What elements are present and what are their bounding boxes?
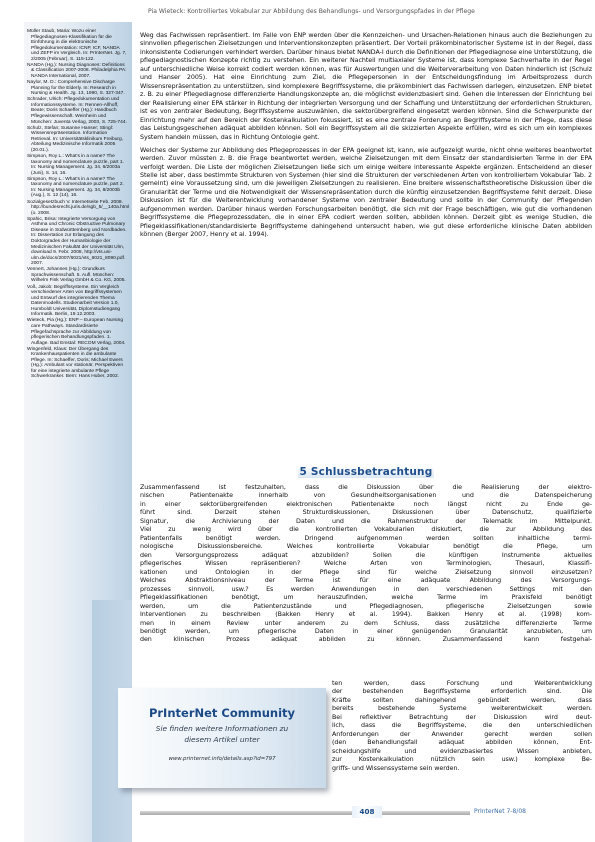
- running-head-text: Pia Wieteck: Kontrolliertes Vokabular zu…: [148, 8, 475, 15]
- main-body-text: Weg das Fachwissen repräsentiert. Im Fal…: [140, 32, 592, 244]
- reference-item: Vennert, Johannes (Hg.): Grundkurs Sprac…: [27, 267, 127, 284]
- community-url-link[interactable]: www.printernet.info/details.asp?id=797: [118, 756, 326, 762]
- conclusion-line: bereits bestehende Systeme weiterentwick…: [332, 705, 592, 713]
- page-number: 408: [352, 806, 382, 818]
- conclusion-line: Kräfte sollten dahingehend gebündelt wer…: [332, 697, 592, 705]
- conclusion-line: nologische Diskussionsbereiche. Welches …: [140, 543, 592, 551]
- conclusion-text-narrow: ten werden, dass Forschung und Weiterent…: [332, 680, 592, 773]
- conclusion-text: Zusammenfassend ist festzuhalten, dass d…: [140, 484, 592, 645]
- conclusion-line: Zusammenfassend ist festzuhalten, dass d…: [140, 484, 592, 492]
- reference-item: Voß, Jakob: Begriffssysteme. Ein Verglei…: [27, 285, 127, 318]
- reference-item: Schulz, Stefan; Susanne Hanser; Stingl: …: [27, 126, 127, 154]
- reference-list: Müller Staub, Maria: Wozu einer Pflegedi…: [27, 29, 127, 381]
- community-text-line-1: Sie finden weitere Informationen zu: [118, 724, 326, 735]
- conclusion-line: ten werden, dass Forschung und Weiterent…: [332, 680, 592, 688]
- reference-item: Wingenfeld, Klaus: Der Übergang des Kran…: [27, 347, 127, 380]
- reference-item: Naylor, M. D.: Comprehensive Discharge P…: [27, 80, 127, 97]
- community-text-line-2: diesem Artikel unter: [118, 735, 326, 746]
- community-info-box: PrInterNet Community Sie finden weitere …: [118, 688, 326, 788]
- conclusion-line: griffs- und Wissenssysteme sein werden.: [332, 765, 592, 773]
- reference-item: Spahic, Brisa: Integrierte Versorgung vo…: [27, 217, 127, 267]
- conclusion-line: pflegerisches Wissen repräsentieren? Wel…: [140, 560, 592, 568]
- conclusion-line: Welches Abstraktionsniveau der Terme ist…: [140, 577, 592, 585]
- reference-item: Wieteck, Pia (Hg.): ENP – European Nursi…: [27, 318, 127, 346]
- conclusion-line: werden, um die Patientenzustände und Pfl…: [140, 603, 592, 611]
- reference-item: NANDA (Hg.): Nursing Diagnoses: Definiti…: [27, 63, 127, 80]
- conclusion-line: führt sind. Derzeit stehen Strukturdisku…: [140, 509, 592, 517]
- conclusion-line: scheidungshilfe und evidenzbasiertes Wis…: [332, 748, 592, 756]
- conclusion-line: den Versorgungsprozess adäquat abzubilde…: [140, 552, 592, 560]
- community-title: PrInterNet Community: [118, 706, 326, 720]
- conclusion-line: der bestehenden Begriffsysteme erforderl…: [332, 688, 592, 696]
- conclusion-line: Bei reflektiver Betrachtung der Diskussi…: [332, 714, 592, 722]
- community-text: Sie finden weitere Informationen zu dies…: [118, 724, 326, 745]
- conclusion-line: Patientenfalls benötigt werden. Dringend…: [140, 535, 592, 543]
- conclusion-line: Anforderungen der Anwender gerecht werde…: [332, 731, 592, 739]
- conclusion-line: lich, dass die Begriffsysteme, die den u…: [332, 722, 592, 730]
- reference-item: Simpson, Roy L.: What's in a name? The t…: [27, 154, 127, 176]
- conclusion-line: Signatur, die Archivierung der Daten und…: [140, 518, 592, 526]
- conclusion-line: den klinischen Prozess adäquat abbilden …: [140, 636, 592, 644]
- conclusion-line: kationen und Ontologien in der Pflege si…: [140, 569, 592, 577]
- conclusion-line: Viel zu wenig wird über die kontrolliert…: [140, 526, 592, 534]
- body-paragraph-1: Weg das Fachwissen repräsentiert. Im Fal…: [140, 32, 592, 142]
- reference-item: Schrader, Ulrich: Pflegedokumentation un…: [27, 97, 127, 125]
- journal-name: PrInterNet 7-8/08: [470, 806, 595, 818]
- conclusion-line: in einer sektorübergreifenden elektronis…: [140, 501, 592, 509]
- conclusion-line: nischen Patientenakte innerhalb von Gesu…: [140, 492, 592, 500]
- reference-item: Müller Staub, Maria: Wozu einer Pflegedi…: [27, 29, 127, 62]
- running-head: Pia Wieteck: Kontrolliertes Vokabular zu…: [0, 8, 595, 18]
- conclusion-line: men in einem Review unter anderem zu dem…: [140, 620, 592, 628]
- conclusion-line: (den Behandlungsfall adäquat abbilden kö…: [332, 739, 592, 747]
- conclusion-line: Pflegeklassifikationen benötigt, um hera…: [140, 594, 592, 602]
- body-paragraph-2: Welches der Systeme zur Abbildung des Pf…: [140, 147, 592, 240]
- section-heading: 5 Schlussbetrachtung: [140, 466, 592, 478]
- conclusion-line: Interventionen zu beschreiben (Bakken He…: [140, 611, 592, 619]
- section-heading-text: 5 Schlussbetrachtung: [298, 466, 435, 478]
- conclusion-line: benötigt werden, um pflegerische Daten i…: [140, 628, 592, 636]
- conclusion-line: prozesses sinnvoll, usw.? Es werden Anwe…: [140, 586, 592, 594]
- reference-item: Simpson, Roy L.: What's in a name? The t…: [27, 177, 127, 199]
- reference-item: Sozialgesetzbuch V. Internetseite Feb. 2…: [27, 200, 127, 217]
- conclusion-line: zur Kostenkalkulation nützlich sein usw.…: [332, 756, 592, 764]
